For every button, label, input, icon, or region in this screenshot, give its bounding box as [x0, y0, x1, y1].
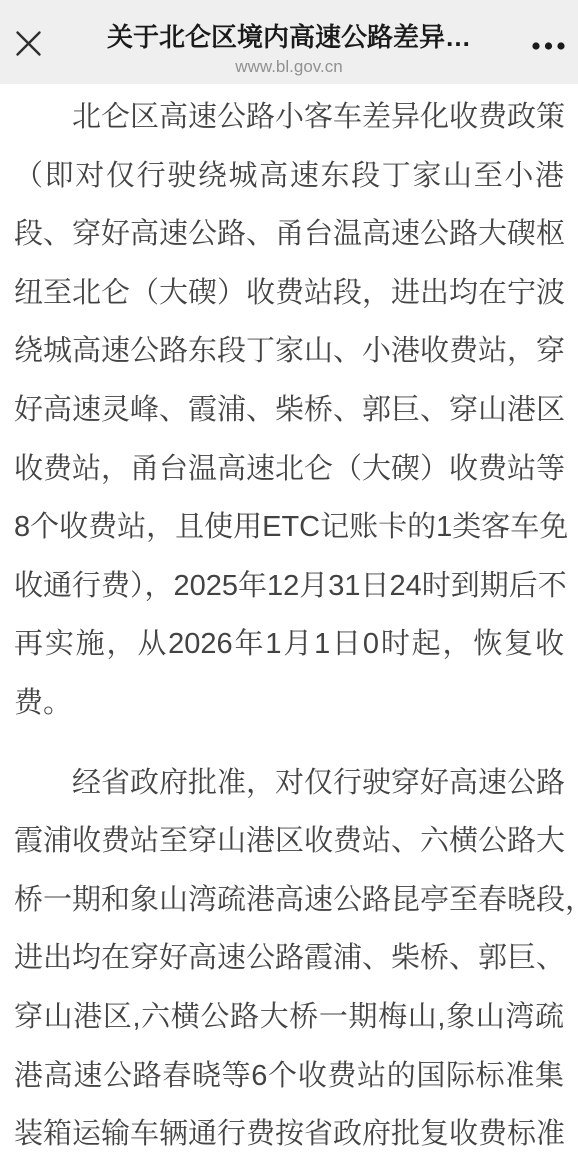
- text-line: 段、穿好高速公路、甬台温高速公路大碶枢: [14, 205, 564, 264]
- paragraph: 北仑区高速公路小客车差异化收费政策（即对仅行驶绕城高速东段丁家山至小港段、穿好高…: [14, 88, 564, 733]
- text-line: 绕城高速公路东段丁家山、小港收费站，穿: [14, 322, 564, 381]
- ellipsis-menu-icon: [532, 41, 565, 51]
- close-icon: [15, 30, 42, 57]
- text-line: 费。: [14, 674, 564, 733]
- article-body: 北仑区高速公路小客车差异化收费政策（即对仅行驶绕城高速东段丁家山至小港段、穿好高…: [0, 84, 578, 1160]
- app-header: 关于北仑区境内高速公路差异… www.bl.gov.cn: [0, 0, 578, 84]
- text-line: 再实施，从2026年1月1日0时起，恢复收: [14, 615, 564, 674]
- text-line: 好高速灵峰、霞浦、柴桥、郭巨、穿山港区: [14, 381, 564, 440]
- text-line: 霞浦收费站至穿山港区收费站、六横公路大: [14, 812, 564, 871]
- text-line: 桥一期和象山湾疏港高速公路昆亭至春晓段，: [14, 871, 564, 930]
- text-line: 穿山港区,六横公路大桥一期梅山,象山湾疏: [14, 988, 564, 1047]
- page-title: 关于北仑区境内高速公路差异…: [64, 20, 514, 54]
- text-line: 进出均在穿好高速公路霞浦、柴桥、郭巨、: [14, 929, 564, 988]
- paragraph: 经省政府批准，对仅行驶穿好高速公路霞浦收费站至穿山港区收费站、六横公路大桥一期和…: [14, 754, 564, 1160]
- text-line: 收费站，甬台温高速北仑（大碶）收费站等: [14, 440, 564, 499]
- text-line: 北仑区高速公路小客车差异化收费政策: [14, 88, 564, 147]
- page-url: www.bl.gov.cn: [64, 54, 514, 80]
- text-line: 经省政府批准，对仅行驶穿好高速公路: [14, 754, 564, 813]
- header-title-block: 关于北仑区境内高速公路差异… www.bl.gov.cn: [0, 0, 578, 80]
- text-line: （即对仅行驶绕城高速东段丁家山至小港: [14, 147, 564, 206]
- text-line: 装箱运输车辆通行费按省政府批复收费标准: [14, 1105, 564, 1160]
- text-line: 纽至北仑（大碶）收费站段，进出均在宁波: [14, 264, 564, 323]
- text-line: 8个收费站，且使用ETC记账卡的1类客车免: [14, 498, 564, 557]
- more-menu-button[interactable]: [528, 36, 568, 56]
- text-line: 收通行费），2025年12月31日24时到期后不: [14, 557, 564, 616]
- text-line: 港高速公路春晓等6个收费站的国际标准集: [14, 1047, 564, 1106]
- close-button[interactable]: [12, 27, 44, 59]
